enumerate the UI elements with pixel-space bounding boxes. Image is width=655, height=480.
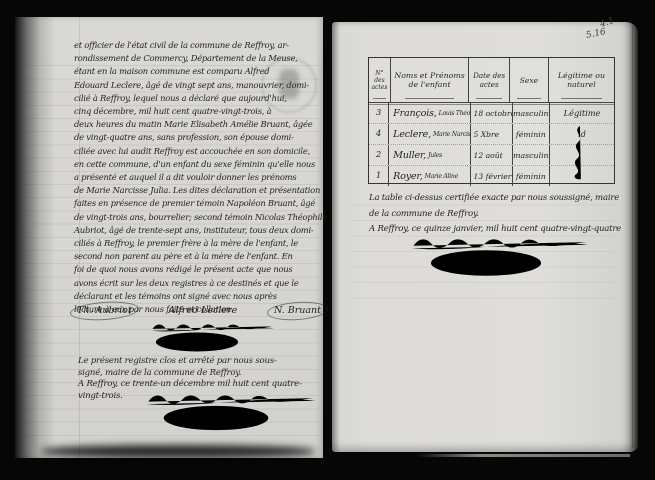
header-child-name: Noms et Prénoms de l'enfant: [391, 58, 469, 102]
cell-act-number: 2: [369, 145, 389, 165]
page-edge-stack: [624, 22, 638, 452]
act-line: faites en présence de premier témoin Nap…: [74, 197, 326, 210]
header-act-date: Date des actes: [469, 58, 510, 102]
cell-act-date: 5 Xbre: [471, 124, 513, 144]
act-line: avons écrit sur les deux registres à ce …: [74, 277, 326, 290]
act-line: rondissement de Commercy, Département de…: [74, 52, 326, 65]
cell-act-date: 18 octobre: [471, 103, 513, 123]
cell-sex: masculin: [513, 103, 550, 123]
signature-oval-flourish: [427, 248, 545, 278]
left-page: et officier de l'état civil de la commun…: [15, 17, 323, 458]
binding-shade: [332, 22, 340, 452]
witness-signature-bruant: N. Bruant: [274, 305, 321, 316]
signature-oval-flourish: [157, 404, 275, 432]
gutter-shadow: [15, 17, 55, 458]
act-line: cilié à Reffroy, lequel nous a déclaré q…: [74, 92, 326, 105]
act-line: foi de quoi nous avons rédigé le présent…: [74, 263, 326, 276]
page-edge-line: [632, 26, 633, 448]
cell-sex: féminin: [513, 166, 550, 186]
table-row: 3 François, Louis Théodore 18 octobre ma…: [369, 103, 614, 123]
header-sex: Sexe: [510, 58, 549, 102]
witness-signature-leclere: Alfred Leclere: [168, 305, 237, 316]
birth-act-text: et officier de l'état civil de la commun…: [74, 39, 326, 316]
act-line: de vingt-trois ans, bourrelier; second t…: [74, 211, 326, 224]
cell-child-name: Royer, Marie Aline: [389, 166, 470, 186]
act-line: en cette commune, d'un enfant du sexe fé…: [74, 158, 326, 171]
given-names: Louis Théodore: [439, 109, 471, 118]
header-legitimacy: Légitime ou naturel: [549, 58, 614, 102]
right-page: 4.1 5.16 N° des actes Noms et Prénoms de…: [332, 22, 638, 452]
witness-signatures: Th. Aubriot Alfred Leclere N. Bruant: [77, 305, 321, 316]
closing-line: Le présent registre clos et arrêté par n…: [78, 356, 330, 368]
table-header-row: N° des actes Noms et Prénoms de l'enfant…: [369, 58, 614, 103]
ditto-brace-icon: [565, 124, 589, 182]
scanned-registry-spread: et officier de l'état civil de la commun…: [0, 0, 655, 480]
act-line: deux heures du matin Marie Elisabeth Amé…: [74, 118, 326, 131]
cell-child-name: François, Louis Théodore: [389, 103, 470, 123]
surname: Muller,: [393, 151, 426, 160]
act-line: étant en la maison commune est comparu A…: [74, 65, 326, 78]
surname: Royer,: [393, 172, 422, 181]
certification-line: La table ci-dessus certifiée exacte par …: [369, 191, 619, 207]
surname: François,: [393, 109, 437, 118]
act-line: cinq décembre, mil huit cent quatre-ving…: [74, 105, 326, 118]
corner-annotation: 5.16: [585, 27, 607, 41]
given-names: Marie Aline: [425, 172, 458, 181]
certification-line: de la commune de Reffroy.: [369, 207, 619, 223]
closing-line: signé, maire de la commune de Reffroy.: [78, 368, 330, 380]
cell-act-number: 3: [369, 103, 389, 123]
act-line: de Marie Narcisse Julia. Les dites décla…: [74, 184, 326, 197]
cell-legitimacy: Légitime: [550, 103, 614, 123]
cell-act-number: 4: [369, 124, 389, 144]
cell-child-name: Muller, Jules: [389, 145, 470, 165]
births-index-table: N° des actes Noms et Prénoms de l'enfant…: [368, 57, 615, 184]
signature-oval-flourish: [153, 331, 241, 353]
act-line: Edouard Leclere, âgé de vingt sept ans, …: [74, 79, 326, 92]
act-line: ciliés à Reffroy, le premier frère à la …: [74, 237, 326, 250]
scan-shadow-smear: [41, 445, 315, 458]
act-line: ciliée avec lui audit Reffroy est accouc…: [74, 145, 326, 158]
act-line: Aubriot, âgé de trente-sept ans, institu…: [74, 224, 326, 237]
surname: Leclere,: [393, 130, 431, 139]
act-line: et officier de l'état civil de la commun…: [74, 39, 326, 52]
cell-sex: masculin: [513, 145, 550, 165]
given-names: Marie Narcisse Julia: [433, 130, 471, 139]
witness-signature-aubriot: Th. Aubriot: [77, 305, 132, 316]
cell-sex: féminin: [513, 124, 550, 144]
act-line: second non parent au père et à la mère d…: [74, 250, 326, 263]
certification-statement: La table ci-dessus certifiée exacte par …: [369, 191, 619, 238]
cell-act-date: 12 août: [471, 145, 513, 165]
cell-act-date: 13 février: [471, 166, 513, 186]
act-line: de vingt-quatre ans, sans profession, so…: [74, 131, 326, 144]
header-act-number: N° des actes: [369, 58, 391, 102]
given-names: Jules: [428, 151, 442, 160]
cell-child-name: Leclere, Marie Narcisse Julia: [389, 124, 470, 144]
cell-act-number: 1: [369, 166, 389, 186]
act-line: a présenté et auquel il a dit vouloir do…: [74, 171, 326, 184]
